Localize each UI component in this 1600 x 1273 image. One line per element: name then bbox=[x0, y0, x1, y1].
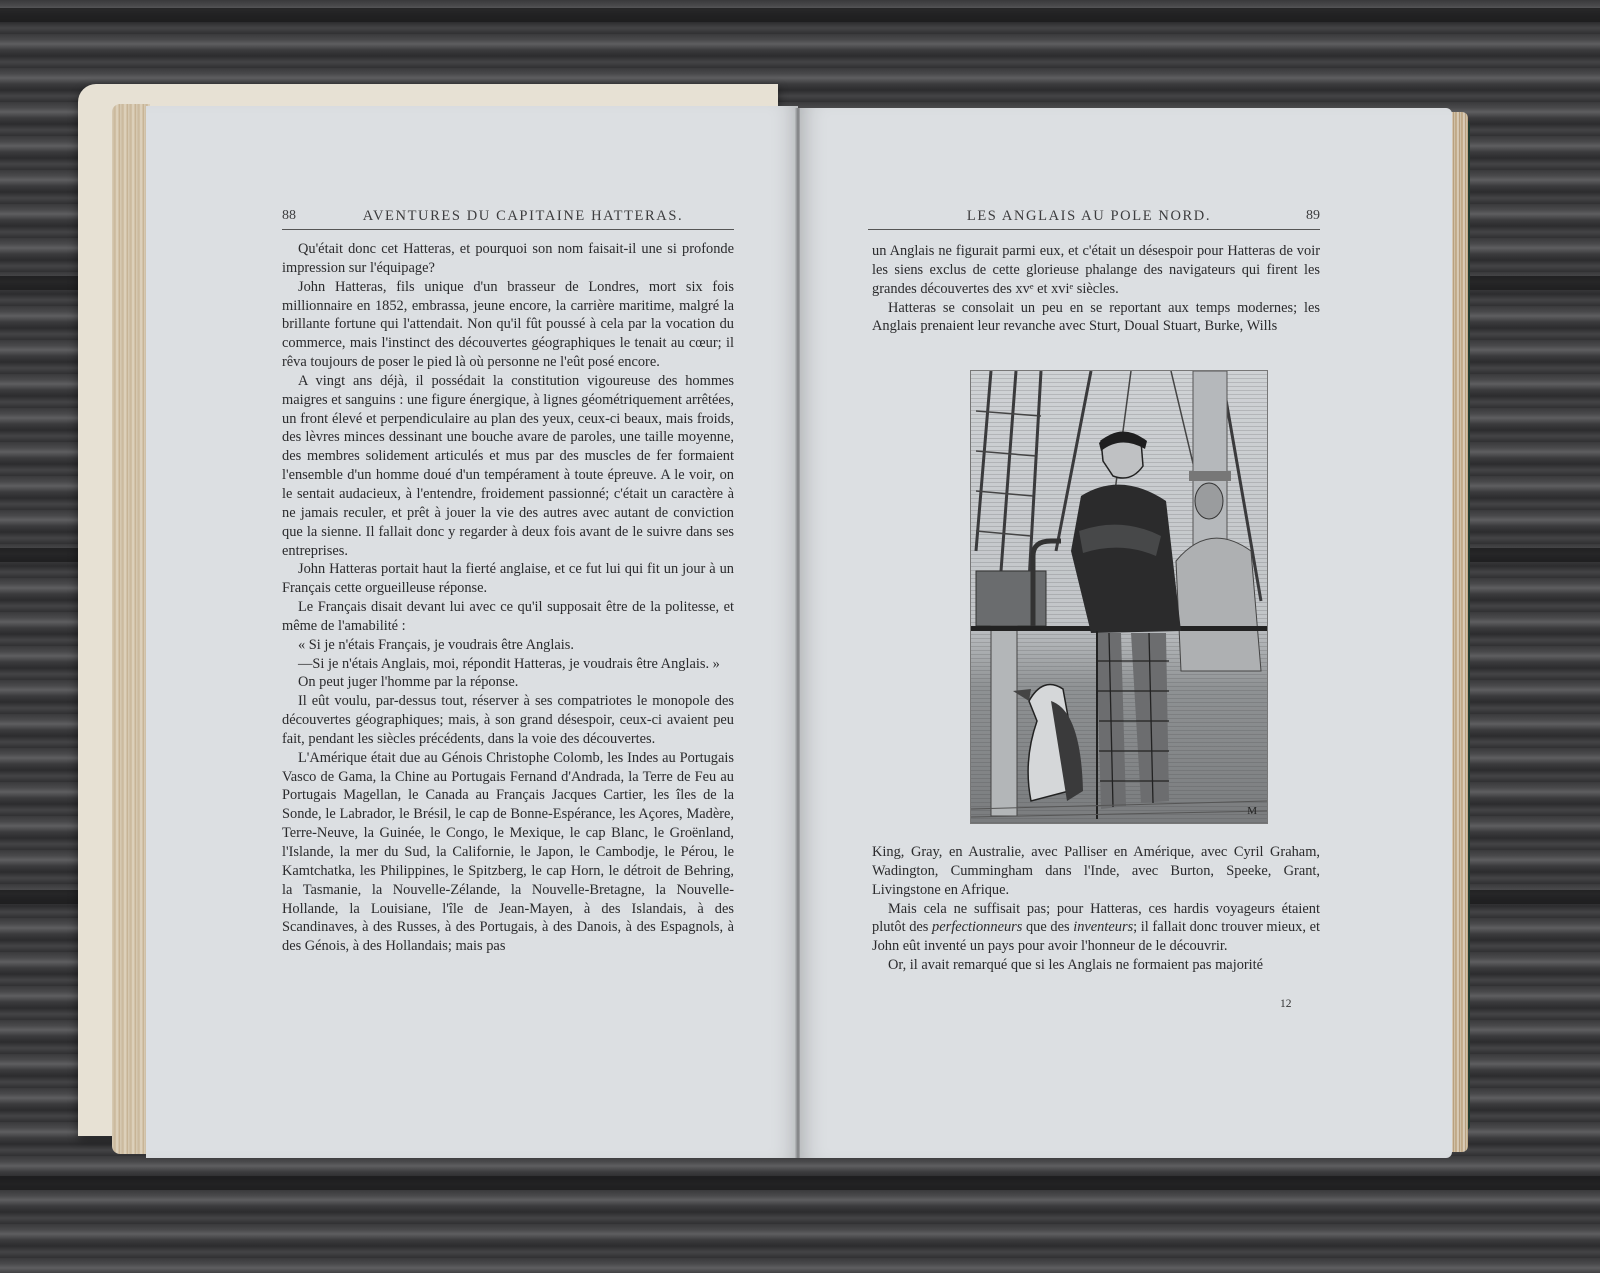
engraver-signature: M bbox=[1247, 805, 1257, 817]
engraving-drawing-icon bbox=[971, 371, 1267, 823]
paragraph: John Hatteras, fils unique d'un brasseur… bbox=[282, 278, 734, 372]
paragraph: Il eût voulu, par-dessus tout, réserver … bbox=[282, 692, 734, 749]
paragraph: Hatteras se consolait un peu en se repor… bbox=[872, 299, 1320, 337]
paragraph: John Hatteras portait haut la fierté ang… bbox=[282, 560, 734, 598]
right-page-text-top: un Anglais ne figurait parmi eux, et c'é… bbox=[872, 242, 1320, 336]
paragraph: —Si je n'étais Anglais, moi, répondit Ha… bbox=[282, 655, 734, 674]
left-running-head: 88 AVENTURES DU CAPITAINE HATTERAS. bbox=[282, 208, 734, 230]
paragraph: Mais cela ne suffisait pas; pour Hattera… bbox=[872, 900, 1320, 957]
paragraph: Le Français disait devant lui avec ce qu… bbox=[282, 598, 734, 636]
right-running-head: LES ANGLAIS AU POLE NORD. 89 bbox=[868, 208, 1320, 230]
sheet-signature-number: 12 bbox=[1280, 998, 1292, 1010]
left-page-text: Qu'était donc cet Hatteras, et pourquoi … bbox=[282, 240, 734, 956]
running-title: AVENTURES DU CAPITAINE HATTERAS. bbox=[282, 208, 734, 225]
paragraph: Qu'était donc cet Hatteras, et pourquoi … bbox=[282, 240, 734, 278]
wood-plank-gap bbox=[0, 8, 1600, 22]
page-edges-left bbox=[112, 104, 150, 1154]
running-title: LES ANGLAIS AU POLE NORD. bbox=[868, 208, 1320, 225]
paragraph: L'Amérique était due au Génois Christoph… bbox=[282, 749, 734, 956]
page-number: 89 bbox=[1306, 208, 1320, 224]
paragraph: un Anglais ne figurait parmi eux, et c'é… bbox=[872, 242, 1320, 299]
engraving-illustration: M bbox=[970, 370, 1268, 824]
italic-term: perfectionneurs bbox=[932, 919, 1022, 935]
paragraph: King, Gray, en Australie, avec Palliser … bbox=[872, 843, 1320, 900]
paragraph: On peut juger l'homme par la réponse. bbox=[282, 673, 734, 692]
wood-plank-gap bbox=[0, 1176, 1600, 1190]
italic-term: inventeurs bbox=[1073, 919, 1133, 935]
right-page-text-bottom: King, Gray, en Australie, avec Palliser … bbox=[872, 843, 1320, 975]
paragraph: A vingt ans déjà, il possédait la consti… bbox=[282, 372, 734, 560]
paragraph: « Si je n'étais Français, je voudrais êt… bbox=[282, 636, 734, 655]
paragraph: Or, il avait remarqué que si les Anglais… bbox=[872, 956, 1320, 975]
